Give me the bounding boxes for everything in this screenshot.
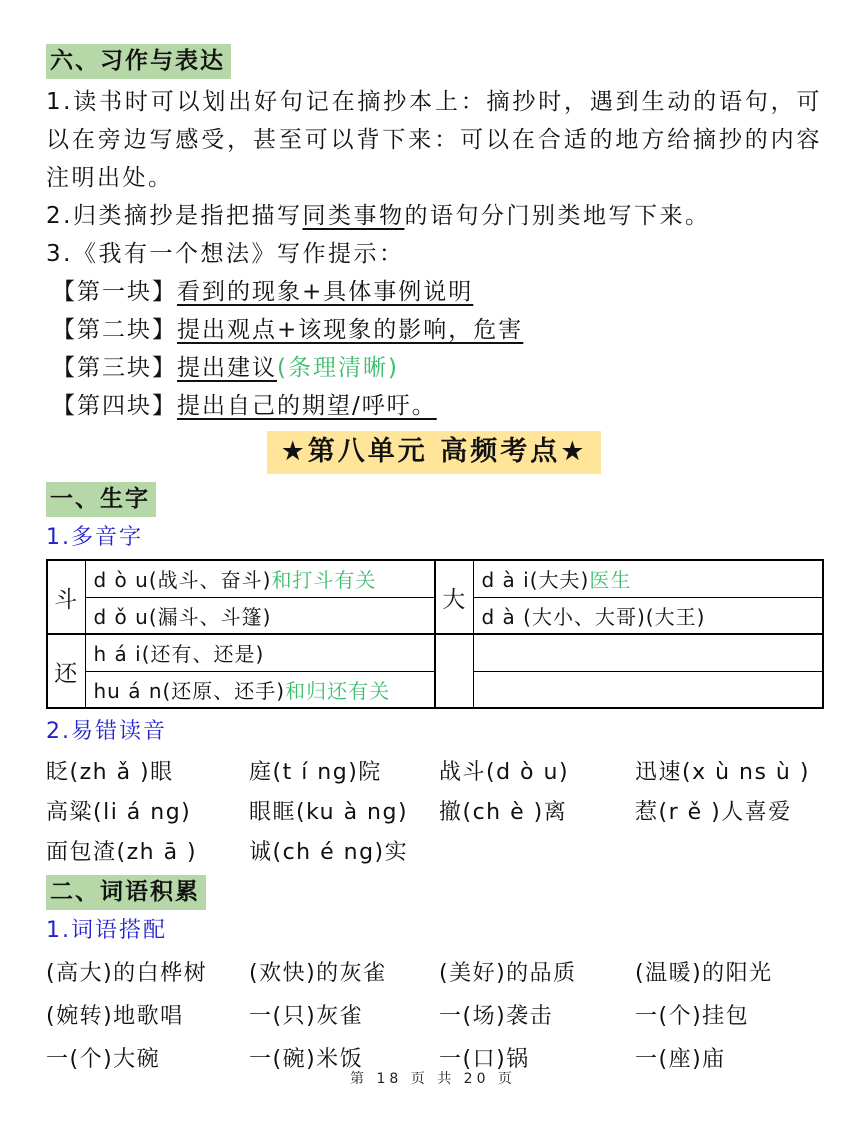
writing-block-1-text: 看到的现象+具体事例说明 — [177, 279, 473, 305]
section-6-heading-row: 六、习作与表达 — [46, 44, 822, 79]
pronunciation-item: 庭(t í ng)院 — [249, 753, 439, 793]
pronunciation-grid: 眨(zh ǎ )眼 庭(t í ng)院 战斗(d ò u) 迅速(x ù ns… — [46, 753, 822, 873]
writing-block-1: 【第一块】看到的现象+具体事例说明 — [46, 273, 822, 311]
writing-block-3-note: (条理清晰) — [277, 355, 399, 381]
pronunciation-item — [439, 833, 635, 873]
polyphone-cell: hu á n(还原、还手)和归还有关 — [85, 671, 435, 708]
writing-block-3: 【第三块】提出建议(条理清晰) — [46, 349, 822, 387]
document-page: 六、习作与表达 1.读书时可以划出好句记在摘抄本上：摘抄时，遇到生动的语句，可以… — [0, 0, 866, 1122]
section-1-heading: 一、生字 — [46, 482, 156, 517]
polyphone-char-empty — [435, 634, 473, 708]
pronunciation-item: 诚(ch é ng)实 — [249, 833, 439, 873]
section-1-heading-row: 一、生字 — [46, 482, 822, 517]
paragraph-2-underlined: 同类事物 — [302, 203, 404, 229]
paragraph-categorized-excerpt: 2.归类摘抄是指把描写同类事物的语句分门别类地写下来。 — [46, 197, 822, 235]
writing-block-4-text: 提出自己的期望/呼吁。 — [177, 393, 437, 419]
polyphone-cell: d ǒ u(漏斗、斗篷) — [85, 597, 435, 634]
collocation-item: (美好)的品质 — [439, 952, 635, 995]
polyphone-note: 医生 — [589, 568, 631, 592]
section-6-heading: 六、习作与表达 — [46, 44, 231, 79]
collocation-item: 一(只)灰雀 — [249, 995, 439, 1038]
writing-block-2: 【第二块】提出观点+该现象的影响，危害 — [46, 311, 822, 349]
pronunciation-item: 撤(ch è )离 — [439, 793, 635, 833]
writing-block-3-label: 【第三块】 — [52, 355, 177, 381]
polyphone-text: d à i(大夫) — [482, 568, 590, 592]
subheading-word-collocation: 1.词语搭配 — [46, 914, 822, 948]
polyphone-text: hu á n(还原、还手) — [94, 679, 286, 703]
writing-block-4: 【第四块】提出自己的期望/呼吁。 — [46, 387, 822, 425]
polyphone-char-hai: 还 — [47, 634, 85, 708]
polyphone-note: 和归还有关 — [285, 679, 390, 703]
paragraph-writing-tips: 3.《我有一个想法》写作提示： — [46, 235, 822, 273]
subheading-polyphones: 1.多音字 — [46, 521, 822, 555]
section-2-heading-row: 二、词语积累 — [46, 875, 822, 910]
paragraph-reading-notes: 1.读书时可以划出好句记在摘抄本上：摘抄时，遇到生动的语句，可以在旁边写感受，甚… — [46, 83, 822, 197]
collocation-item: (高大)的白桦树 — [46, 952, 249, 995]
polyphone-table: 斗 d ò u(战斗、奋斗)和打斗有关 大 d à i(大夫)医生 d ǒ u(… — [46, 559, 824, 709]
collocation-item: 一(个)挂包 — [635, 995, 822, 1038]
polyphone-cell — [473, 634, 823, 671]
polyphone-cell: h á i(还有、还是) — [85, 634, 435, 671]
pronunciation-item: 迅速(x ù ns ù ) — [635, 753, 822, 793]
unit-title: ★第八单元 高频考点★ — [267, 431, 602, 474]
polyphone-row-3: 还 h á i(还有、还是) — [47, 634, 823, 671]
polyphone-cell: d à i(大夫)医生 — [473, 560, 823, 597]
polyphone-cell: d à (大小、大哥)(大王) — [473, 597, 823, 634]
polyphone-text: h á i(还有、还是) — [94, 642, 265, 666]
collocation-item: (温暖)的阳光 — [635, 952, 822, 995]
polyphone-cell — [473, 671, 823, 708]
unit-title-row: ★第八单元 高频考点★ — [46, 431, 822, 474]
pronunciation-item: 高粱(li á ng) — [46, 793, 249, 833]
polyphone-cell: d ò u(战斗、奋斗)和打斗有关 — [85, 560, 435, 597]
paragraph-2-prefix: 2.归类摘抄是指把描写 — [46, 203, 302, 229]
polyphone-row-1: 斗 d ò u(战斗、奋斗)和打斗有关 大 d à i(大夫)医生 — [47, 560, 823, 597]
pronunciation-item: 惹(r ě )人喜爱 — [635, 793, 822, 833]
pronunciation-item: 战斗(d ò u) — [439, 753, 635, 793]
polyphone-text: d ò u(战斗、奋斗) — [94, 568, 272, 592]
section-2-heading: 二、词语积累 — [46, 875, 206, 910]
pronunciation-item: 眼眶(ku à ng) — [249, 793, 439, 833]
writing-block-2-label: 【第二块】 — [52, 317, 177, 343]
writing-block-4-label: 【第四块】 — [52, 393, 177, 419]
collocation-item: (欢快)的灰雀 — [249, 952, 439, 995]
collocation-grid: (高大)的白桦树 (欢快)的灰雀 (美好)的品质 (温暖)的阳光 (婉转)地歌唱… — [46, 952, 822, 1081]
polyphone-char-da: 大 — [435, 560, 473, 634]
polyphone-note: 和打斗有关 — [271, 568, 376, 592]
paragraph-2-suffix: 的语句分门别类地写下来。 — [404, 203, 710, 229]
collocation-item: 一(场)袭击 — [439, 995, 635, 1038]
pronunciation-item — [635, 833, 822, 873]
polyphone-char-dou: 斗 — [47, 560, 85, 634]
writing-block-1-label: 【第一块】 — [52, 279, 177, 305]
page-number-footer: 第 18 页 共 20 页 — [0, 1068, 866, 1088]
writing-block-2-text: 提出观点+该现象的影响，危害 — [177, 317, 523, 343]
subheading-error-prone-pronunciation: 2.易错读音 — [46, 715, 822, 749]
polyphone-text: d ǒ u(漏斗、斗篷) — [94, 605, 272, 629]
pronunciation-item: 面包渣(zh ā ) — [46, 833, 249, 873]
pronunciation-item: 眨(zh ǎ )眼 — [46, 753, 249, 793]
writing-block-3-text: 提出建议 — [177, 355, 277, 381]
collocation-item: (婉转)地歌唱 — [46, 995, 249, 1038]
polyphone-text: d à (大小、大哥)(大王) — [482, 605, 706, 629]
